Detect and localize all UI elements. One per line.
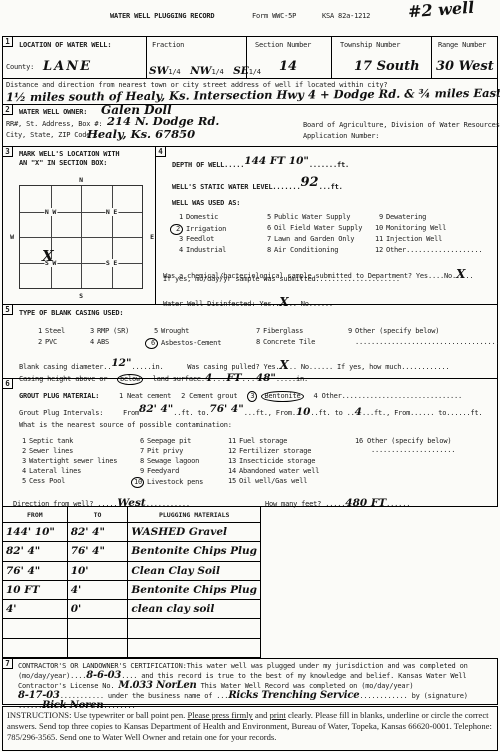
grid-label-w: W xyxy=(9,233,15,241)
contamination-option: 10Livestock pens xyxy=(131,477,223,487)
static-level-value: 92 xyxy=(300,175,318,190)
option-label: Lawn and Garden Only xyxy=(274,235,354,243)
table-row: 144' 10" 82' 4" WASHED Gravel xyxy=(3,523,261,542)
from-value xyxy=(3,638,68,657)
instructions-box: INSTRUCTIONS: Use typewriter or ball poi… xyxy=(2,706,498,751)
feet-dots: ...... xyxy=(386,500,410,508)
from-value: 144' 10" xyxy=(3,523,68,542)
option-label: Irrigation xyxy=(186,225,226,233)
fraction-label: Fraction xyxy=(152,41,184,50)
option-label: Neat cement xyxy=(127,392,171,400)
option-label: Feedyard xyxy=(147,467,179,475)
table-row xyxy=(3,638,261,657)
casing-option: ....................................... xyxy=(339,338,500,349)
casing-option: 9Other (specify below) xyxy=(339,327,500,338)
material-value: clean clay soil xyxy=(128,600,261,619)
option-number: 1 xyxy=(13,437,26,446)
depth-dots: .......ft. xyxy=(309,161,349,169)
sample-no-x-mark: X xyxy=(456,267,465,281)
option-number: 6 xyxy=(145,338,158,349)
option-label: Sewer lines xyxy=(29,447,73,455)
contamination-option: 1Septic tank xyxy=(13,437,131,447)
section1-title-cell: 1 LOCATION OF WATER WELL: County: LANE xyxy=(3,37,146,78)
county-label: County: xyxy=(6,63,34,72)
table-header-row: FROM TO PLUGGING MATERIALS xyxy=(3,507,261,523)
option-label: Asbestos-Cement xyxy=(161,339,221,347)
contamination-option: 12Fertilizer storage xyxy=(223,447,345,457)
well-use-option: 1Domestic xyxy=(170,213,258,224)
table-row: 4' 0' clean clay soil xyxy=(3,600,261,619)
option-number: 1 xyxy=(170,213,183,222)
contamination-option: 14Abandoned water well xyxy=(223,467,345,477)
option-number: 12 xyxy=(370,246,383,255)
option-number: 5 xyxy=(13,477,26,486)
county-value: LANE xyxy=(43,59,92,74)
option-label: Septic tank xyxy=(29,437,73,445)
option-number: 15 xyxy=(223,477,236,486)
from-value xyxy=(3,619,68,638)
option-label: PVC xyxy=(45,338,57,346)
option-label: Air Conditioning xyxy=(274,246,338,254)
option-number: 1 xyxy=(119,392,123,400)
option-number: 9 xyxy=(370,213,383,222)
grout-option: 1 Neat cement xyxy=(119,392,171,400)
option-number: 3 xyxy=(81,327,94,336)
option-label: Fertilizer storage xyxy=(239,447,311,455)
option-number: 11 xyxy=(370,235,383,244)
grid-label-n: N xyxy=(78,176,84,184)
option-label: Fuel storage xyxy=(239,437,287,445)
casing-option: 6Asbestos-Cement xyxy=(145,338,247,349)
contamination-option: 8Sewage lagoon xyxy=(131,457,223,467)
instructions-part2: and xyxy=(253,710,270,720)
option-label: Cement grout xyxy=(189,392,237,400)
option-number: 16 xyxy=(355,437,363,445)
option-number: 2 xyxy=(170,224,183,235)
cert-text-3: This Water Well Record was completed on … xyxy=(197,682,414,690)
city-label: City, State, ZIP Code : xyxy=(6,131,98,140)
city-value: Healy, Ks. 67850 xyxy=(87,127,195,141)
grid-label-s: S xyxy=(78,292,84,300)
option-number: 4 xyxy=(170,246,183,255)
grid-label-se: S E xyxy=(105,259,118,267)
depth-label: DEPTH OF WELL..... xyxy=(172,161,244,169)
application-number-label: Application Number: xyxy=(303,132,379,141)
option-label: ....................................... xyxy=(355,338,500,346)
section6-number: 6 xyxy=(2,378,13,389)
grid-line xyxy=(20,237,142,238)
from-header: FROM xyxy=(3,507,68,523)
option-label: Feedlot xyxy=(186,235,214,243)
board-of-agriculture-label: Board of Agriculture, Division of Water … xyxy=(303,121,500,130)
instructions-part1: INSTRUCTIONS: Use typewriter or ball poi… xyxy=(7,710,187,720)
option-number: 5 xyxy=(145,327,158,336)
interval-to1-label: ..ft. to. xyxy=(173,409,209,417)
from-value: 82' 4" xyxy=(3,542,68,561)
certification-text: CONTRACTOR'S OR LANDOWNER'S CERTIFICATIO… xyxy=(18,661,495,711)
grid-line xyxy=(20,212,142,213)
contamination-sources: 1Septic tank 2Sewer lines 3Watertight se… xyxy=(13,437,345,487)
option-label: Watertight sewer lines xyxy=(29,457,117,465)
option-label: Other (specify below) xyxy=(367,437,451,445)
option-number: 2 xyxy=(13,447,26,456)
depth-value: 144 FT 10" xyxy=(244,155,309,167)
grid-label-nw: N W xyxy=(44,208,57,216)
section-grid: N W N E S W S E N S W E X xyxy=(19,185,143,289)
casing-option: 3RMP (SR) xyxy=(81,327,145,338)
to-value: 0' xyxy=(67,600,128,619)
from-value: 4' xyxy=(3,600,68,619)
option-number: 2 xyxy=(181,392,185,400)
option-label: Cess Pool xyxy=(29,477,65,485)
option-label: Seepage pit xyxy=(147,437,191,445)
option-number: 9 xyxy=(131,467,144,476)
fraction-q2-value: NW xyxy=(190,65,211,77)
material-value: Clean Clay Soil xyxy=(128,561,261,580)
option-label: Public Water Supply xyxy=(274,213,350,221)
option-number: 7 xyxy=(258,235,271,244)
option-number: 4 xyxy=(81,338,94,347)
distance-direction-box: Distance and direction from nearest town… xyxy=(2,78,498,105)
option-label: Dewatering xyxy=(386,213,426,221)
option-number: 12 xyxy=(223,447,236,456)
from-value: 76' 4" xyxy=(3,561,68,580)
table-row: 82' 4" 76' 4" Bentonite Chips Plug xyxy=(3,542,261,561)
section6-grout-box: 6 GROUT PLUG MATERIAL: 1 Neat cement2 Ce… xyxy=(2,378,498,507)
option-number: 14 xyxy=(223,467,236,476)
sample-question-end: .. xyxy=(465,272,473,280)
option-number: 3 xyxy=(170,235,183,244)
table-row: 76' 4" 10' Clean Clay Soil xyxy=(3,561,261,580)
well-used-as-label: WELL WAS USED AS: xyxy=(172,199,240,208)
grid-label-e: E xyxy=(149,233,155,241)
contamination-other-option: 16 Other (specify below) ...............… xyxy=(355,437,455,455)
intervals-label: Grout Plug Intervals: xyxy=(19,409,103,417)
option-number: 8 xyxy=(131,457,144,466)
material-value xyxy=(128,619,261,638)
well-use-option: 9Dewatering xyxy=(370,213,482,224)
well-use-option: 11Injection Well xyxy=(370,235,482,246)
casing-option: 5Wrought xyxy=(145,327,247,338)
form-title: WATER WELL PLUGGING RECORD xyxy=(110,12,214,21)
option-number: 3 xyxy=(13,457,26,466)
grout-intervals-line: Grout Plug Intervals: From82' 4"..ft. to… xyxy=(19,400,482,419)
section4-number: 4 xyxy=(155,146,166,157)
materials-header: PLUGGING MATERIALS xyxy=(128,507,261,523)
option-label: Other (specify below) xyxy=(355,327,439,335)
section7-number: 7 xyxy=(2,658,13,669)
option-label: Industrial xyxy=(186,246,226,254)
option-label: Pit privy xyxy=(147,447,183,455)
license-number-value: M.033 NorLen xyxy=(118,680,196,691)
option-label: Abandoned water well xyxy=(239,467,319,475)
instructions-text: INSTRUCTIONS: Use typewriter or ball poi… xyxy=(7,710,493,743)
option-label: ABS xyxy=(97,338,109,346)
table-row xyxy=(3,619,261,638)
option-number: 7 xyxy=(247,327,260,336)
section3-title-line1: MARK WELL'S LOCATION WITH xyxy=(19,150,119,159)
form-statute: KSA 82a-1212 xyxy=(322,12,370,21)
interval-to2-value: 4 xyxy=(355,406,362,418)
section-number-label: Section Number xyxy=(255,41,311,50)
well-use-option: 5Public Water Supply xyxy=(258,213,370,224)
grout-option: 2 Cement grout xyxy=(181,392,237,400)
section5-number: 5 xyxy=(2,304,13,315)
to-value xyxy=(67,619,128,638)
option-label: Monitoring Well xyxy=(386,224,446,232)
section1-title: LOCATION OF WATER WELL: xyxy=(19,41,111,50)
section7-certification-box: 7 CONTRACTOR'S OR LANDOWNER'S CERTIFICAT… xyxy=(2,658,498,705)
interval-to2-label: ..ft. to .. xyxy=(311,409,355,417)
option-number: 4 xyxy=(13,467,26,476)
option-label: Wrought xyxy=(161,327,189,335)
section3-number: 3 xyxy=(2,146,13,157)
fraction-q2-print: 1/4 xyxy=(211,68,223,76)
option-label: Injection Well xyxy=(386,235,442,243)
material-value xyxy=(128,638,261,657)
instructions-underlined2: print xyxy=(270,710,286,720)
option-number: 9 xyxy=(339,327,352,336)
option-number: 10 xyxy=(131,477,144,488)
option-number: 13 xyxy=(223,457,236,466)
range-cell: Range Number 30 West xyxy=(431,37,497,78)
water-well-plugging-record-form: WATER WELL PLUGGING RECORD Form WWC-5P K… xyxy=(0,0,500,752)
contamination-option: 7Pit privy xyxy=(131,447,223,457)
feet-line: How many feet? .....480 FT...... xyxy=(265,491,410,510)
grout-option: 3 Bentonite xyxy=(247,392,303,400)
option-number: 1 xyxy=(29,327,42,336)
contamination-option: 13Insecticide storage xyxy=(223,457,345,467)
casing-option: 4ABS xyxy=(81,338,145,349)
casing-option: 7Fiberglass xyxy=(247,327,339,338)
to-value: 10' xyxy=(67,561,128,580)
table-row: 10 FT 4' Bentonite Chips Plug xyxy=(3,580,261,599)
plugging-materials-table: FROM TO PLUGGING MATERIALS 144' 10" 82' … xyxy=(2,506,261,658)
option-label: Steel xyxy=(45,327,65,335)
fraction-q1-value: SW xyxy=(149,65,168,77)
to-value: 76' 4" xyxy=(67,542,128,561)
well-use-options: 1Domestic 2Irrigation 3Feedlot 4Industri… xyxy=(170,213,482,257)
casing-option: 8Concrete Tile xyxy=(247,338,339,349)
contamination-option: 3Watertight sewer lines xyxy=(13,457,131,467)
grid-line xyxy=(20,263,142,264)
well-use-option: 10Monitoring Well xyxy=(370,224,482,235)
distance-value: 1½ miles south of Healy, Ks. Intersectio… xyxy=(6,86,500,104)
static-water-level-line: WELL'S STATIC WATER LEVEL.......92...ft. xyxy=(172,174,343,193)
interval-from1-label: From xyxy=(123,409,139,417)
interval-from2-value: 10 xyxy=(296,406,311,418)
cert-text-4: ........... under the business name of .… xyxy=(60,692,229,700)
interval-from2-label: ...ft., From. xyxy=(244,409,296,417)
casing-option: 1Steel xyxy=(29,327,81,338)
static-level-label: WELL'S STATIC WATER LEVEL....... xyxy=(172,183,300,191)
option-number: 6 xyxy=(131,437,144,446)
range-label: Range Number xyxy=(438,41,486,50)
option-label: Sewage lagoon xyxy=(147,457,199,465)
material-value: WASHED Gravel xyxy=(128,523,261,542)
section2-owner-box: 2 WATER WELL OWNER: Galen Doll RR#, St. … xyxy=(2,104,498,147)
option-label: Other................... xyxy=(386,246,482,254)
owner-label: WATER WELL OWNER: xyxy=(19,108,87,117)
option-label: Domestic xyxy=(186,213,218,221)
interval-from1-value: 82' 4" xyxy=(139,403,173,415)
option-number: 8 xyxy=(258,246,271,255)
well-use-option: 2Irrigation xyxy=(170,224,258,235)
option-label: Livestock pens xyxy=(147,478,203,486)
depth-of-well-line: DEPTH OF WELL.....144 FT 10".......ft. xyxy=(172,152,349,171)
contamination-option: 15Oil well/Gas well xyxy=(223,477,345,487)
instructions-underlined1: Please press firmly xyxy=(187,710,252,720)
well-use-option: 6Oil Field Water Supply xyxy=(258,224,370,235)
option-number: 6 xyxy=(258,224,271,233)
section4-depth-box: 4 DEPTH OF WELL.....144 FT 10".......ft.… xyxy=(155,146,498,305)
option-number: 4 xyxy=(314,392,318,400)
range-value: 30 West xyxy=(436,59,494,74)
grid-label-ne: N E xyxy=(105,208,118,216)
section3-location-grid-box: 3 MARK WELL'S LOCATION WITH AN "X" IN SE… xyxy=(2,146,156,305)
fraction-cell: Fraction SW1/4 NW1/4 SE1/4 xyxy=(146,37,246,78)
contamination-option: 5Cess Pool xyxy=(13,477,131,487)
to-value: 4' xyxy=(67,580,128,599)
well-use-option: 4Industrial xyxy=(170,246,258,257)
fraction-value: SW1/4 NW1/4 SE1/4 xyxy=(149,59,261,78)
other-dots: ..................... xyxy=(355,446,455,455)
material-value: Bentonite Chips Plug xyxy=(128,542,261,561)
option-label: Fiberglass xyxy=(263,327,303,335)
contamination-option: 6Seepage pit xyxy=(131,437,223,447)
option-label: Oil well/Gas well xyxy=(239,477,307,485)
feet-label: How many feet? ..... xyxy=(265,500,345,508)
form-number: Form WWC-5P xyxy=(252,12,296,21)
option-label: Insecticide storage xyxy=(239,457,315,465)
well-use-option: 7Lawn and Garden Only xyxy=(258,235,370,246)
contamination-option: 4Lateral lines xyxy=(13,467,131,477)
well-use-option: 12Other................... xyxy=(370,246,482,257)
section1-location-box: 1 LOCATION OF WATER WELL: County: LANE F… xyxy=(2,36,498,79)
interval-rest: ...ft., From...... to......ft. xyxy=(362,409,482,417)
casing-option: 2PVC xyxy=(29,338,81,349)
feet-value: 480 FT xyxy=(345,497,386,509)
interval-to1-value: 76' 4" xyxy=(209,403,243,415)
option-label: Other.............................. xyxy=(322,392,463,400)
business-name-value: Ricks Trenching Service xyxy=(228,690,359,701)
option-number: 5 xyxy=(258,213,271,222)
fraction-q1-print: 1/4 xyxy=(168,68,180,76)
contamination-question: What is the nearest source of possible c… xyxy=(19,421,232,430)
address-value: 214 N. Dodge Rd. xyxy=(107,114,219,128)
section-number-cell: Section Number 14 xyxy=(246,37,331,78)
section5-casing-box: 5 TYPE OF BLANK CASING USED: 1Steel 2PVC… xyxy=(2,304,498,379)
grout-material-label: GROUT PLUG MATERIAL: xyxy=(19,392,99,400)
casing-pulled-end: .. No...... If yes, how much............ xyxy=(289,363,450,371)
option-number: 8 xyxy=(247,338,260,347)
to-header: TO xyxy=(67,507,128,523)
completed-date-value: 8-6-03 xyxy=(86,670,121,681)
grout-option: 4 Other.............................. xyxy=(314,392,463,400)
to-value xyxy=(67,638,128,657)
option-label: RMP (SR) xyxy=(97,327,129,335)
option-label: Lateral lines xyxy=(29,467,81,475)
option-number: 7 xyxy=(131,447,144,456)
sample-date-line: If yes, mo/day/yr sample was submitted..… xyxy=(163,275,400,284)
township-cell: Township Number 17 South xyxy=(331,37,431,78)
section5-title: TYPE OF BLANK CASING USED: xyxy=(19,309,123,318)
option-label: Concrete Tile xyxy=(263,338,315,346)
township-value: 17 South xyxy=(354,59,420,74)
contamination-option: 11Fuel storage xyxy=(223,437,345,447)
well-location-x-mark: X xyxy=(42,247,54,265)
township-label: Township Number xyxy=(340,41,400,50)
other-line: 16 Other (specify below) xyxy=(355,437,455,446)
material-value: Bentonite Chips Plug xyxy=(128,580,261,599)
static-level-dots: ...ft. xyxy=(319,183,343,191)
option-number: 10 xyxy=(370,224,383,233)
option-label: Oil Field Water Supply xyxy=(274,224,362,232)
well-use-option: 8Air Conditioning xyxy=(258,246,370,257)
section1-number: 1 xyxy=(2,36,13,47)
well-use-option: 3Feedlot xyxy=(170,235,258,246)
contamination-option: 9Feedyard xyxy=(131,467,223,477)
casing-type-options: 1Steel 2PVC 3RMP (SR) 4ABS 5Wrought 6Asb… xyxy=(29,327,500,349)
option-number: 11 xyxy=(223,437,236,446)
section3-title-line2: AN "X" IN SECTION BOX: xyxy=(19,159,107,168)
to-value: 82' 4" xyxy=(67,523,128,542)
from-value: 10 FT xyxy=(3,580,68,599)
section-number-value: 14 xyxy=(279,59,297,74)
contamination-option: 2Sewer lines xyxy=(13,447,131,457)
section2-number: 2 xyxy=(2,104,13,115)
option-number: 2 xyxy=(29,338,42,347)
well-number-annotation: #2 well xyxy=(407,0,474,21)
